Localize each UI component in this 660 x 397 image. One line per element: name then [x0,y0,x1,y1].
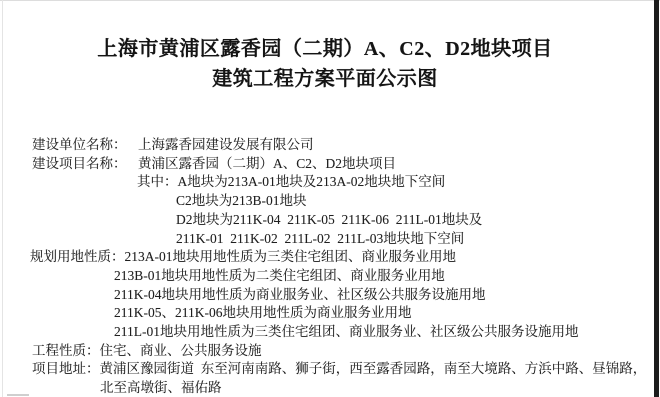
field-value: C2地块为213B-01地块 [176,193,307,208]
row-builder-name: 建设单位名称：上海露香园建设发展有限公司 [0,136,660,155]
field-value: 213B-01地块用地性质为二类住宅组团、商业服务业用地 [114,268,445,283]
row-project-nature: 工程性质：住宅、商业、公共服务设施 [0,342,660,361]
field-label: 规划用地性质： [30,249,125,264]
row-sub-plot-a: 其中：A地块为213A-01地块及213A-02地块地下空间 [0,173,660,192]
document-body: 建设单位名称：上海露香园建设发展有限公司 建设项目名称：黄浦区露香园（二期）A、… [0,136,660,397]
row-sub-plot-c2: C2地块为213B-01地块 [0,192,660,211]
row-project-address: 项目地址：黄浦区豫园街道 东至河南南路、狮子街，西至露香园路，南至大境路、方浜中… [0,360,660,379]
field-value: 211K-04地块用地性质为商业服务业、社区级公共服务设施用地 [114,287,486,302]
field-value: 北至高墩街、福佑路 [100,380,222,395]
row-planning-use-213a01: 规划用地性质：213A-01地块用地性质为三类住宅组团、商业服务业用地 [0,248,660,267]
field-value: 黄浦区露香园（二期）A、C2、D2地块项目 [138,156,396,171]
field-label: 建设单位名称： [32,136,138,155]
field-value: D2地块为211K-04 211K-05 211K-06 211L-01地块及 [176,212,482,227]
field-label: 建设项目名称： [32,155,138,174]
document-title-line2: 建筑工程方案平面公示图 [0,64,650,94]
field-label: 工程性质： [32,343,100,358]
row-planning-use-211k04: 211K-04地块用地性质为商业服务业、社区级公共服务设施用地 [0,286,660,305]
field-value: 213A-01地块用地性质为三类住宅组团、商业服务业用地 [125,249,457,264]
field-label: 项目地址： [32,361,100,376]
row-project-name: 建设项目名称：黄浦区露香园（二期）A、C2、D2地块项目 [0,155,660,174]
public-notice-document: 上海市黄浦区露香园（二期）A、C2、D2地块项目 建筑工程方案平面公示图 建设单… [0,0,660,397]
field-value: A地块为213A-01地块及213A-02地块地下空间 [178,174,446,189]
field-value: 黄浦区豫园街道 东至河南南路、狮子街，西至露香园路，南至大境路、方浜中路、昼锦路… [100,361,647,376]
field-value: 上海露香园建设发展有限公司 [138,137,314,152]
document-title-line1: 上海市黄浦区露香园（二期）A、C2、D2地块项目 [0,34,650,64]
field-value: 211L-01地块用地性质为三类住宅组团、商业服务业、社区级公共服务设施用地 [114,324,579,339]
row-sub-plot-d2: D2地块为211K-04 211K-05 211K-06 211L-01地块及 [0,211,660,230]
row-project-address-cont: 北至高墩街、福佑路 [0,379,660,397]
scan-edge-top-line [0,0,660,1]
field-value: 住宅、商业、公共服务设施 [100,343,262,358]
row-planning-use-211l01: 211L-01地块用地性质为三类住宅组团、商业服务业、社区级公共服务设施用地 [0,323,660,342]
row-sub-plot-d2-cont: 211K-01 211K-02 211L-02 211L-03地块地下空间 [0,230,660,249]
field-label: 其中： [137,174,178,189]
field-value: 211K-01 211K-02 211L-02 211L-03地块地下空间 [176,231,464,246]
row-planning-use-213b01: 213B-01地块用地性质为二类住宅组团、商业服务业用地 [0,267,660,286]
row-planning-use-211k05-06: 211K-05、211K-06地块用地性质为商业服务业用地 [0,304,660,323]
field-value: 211K-05、211K-06地块用地性质为商业服务业用地 [114,305,412,320]
document-title: 上海市黄浦区露香园（二期）A、C2、D2地块项目 建筑工程方案平面公示图 [0,34,650,94]
